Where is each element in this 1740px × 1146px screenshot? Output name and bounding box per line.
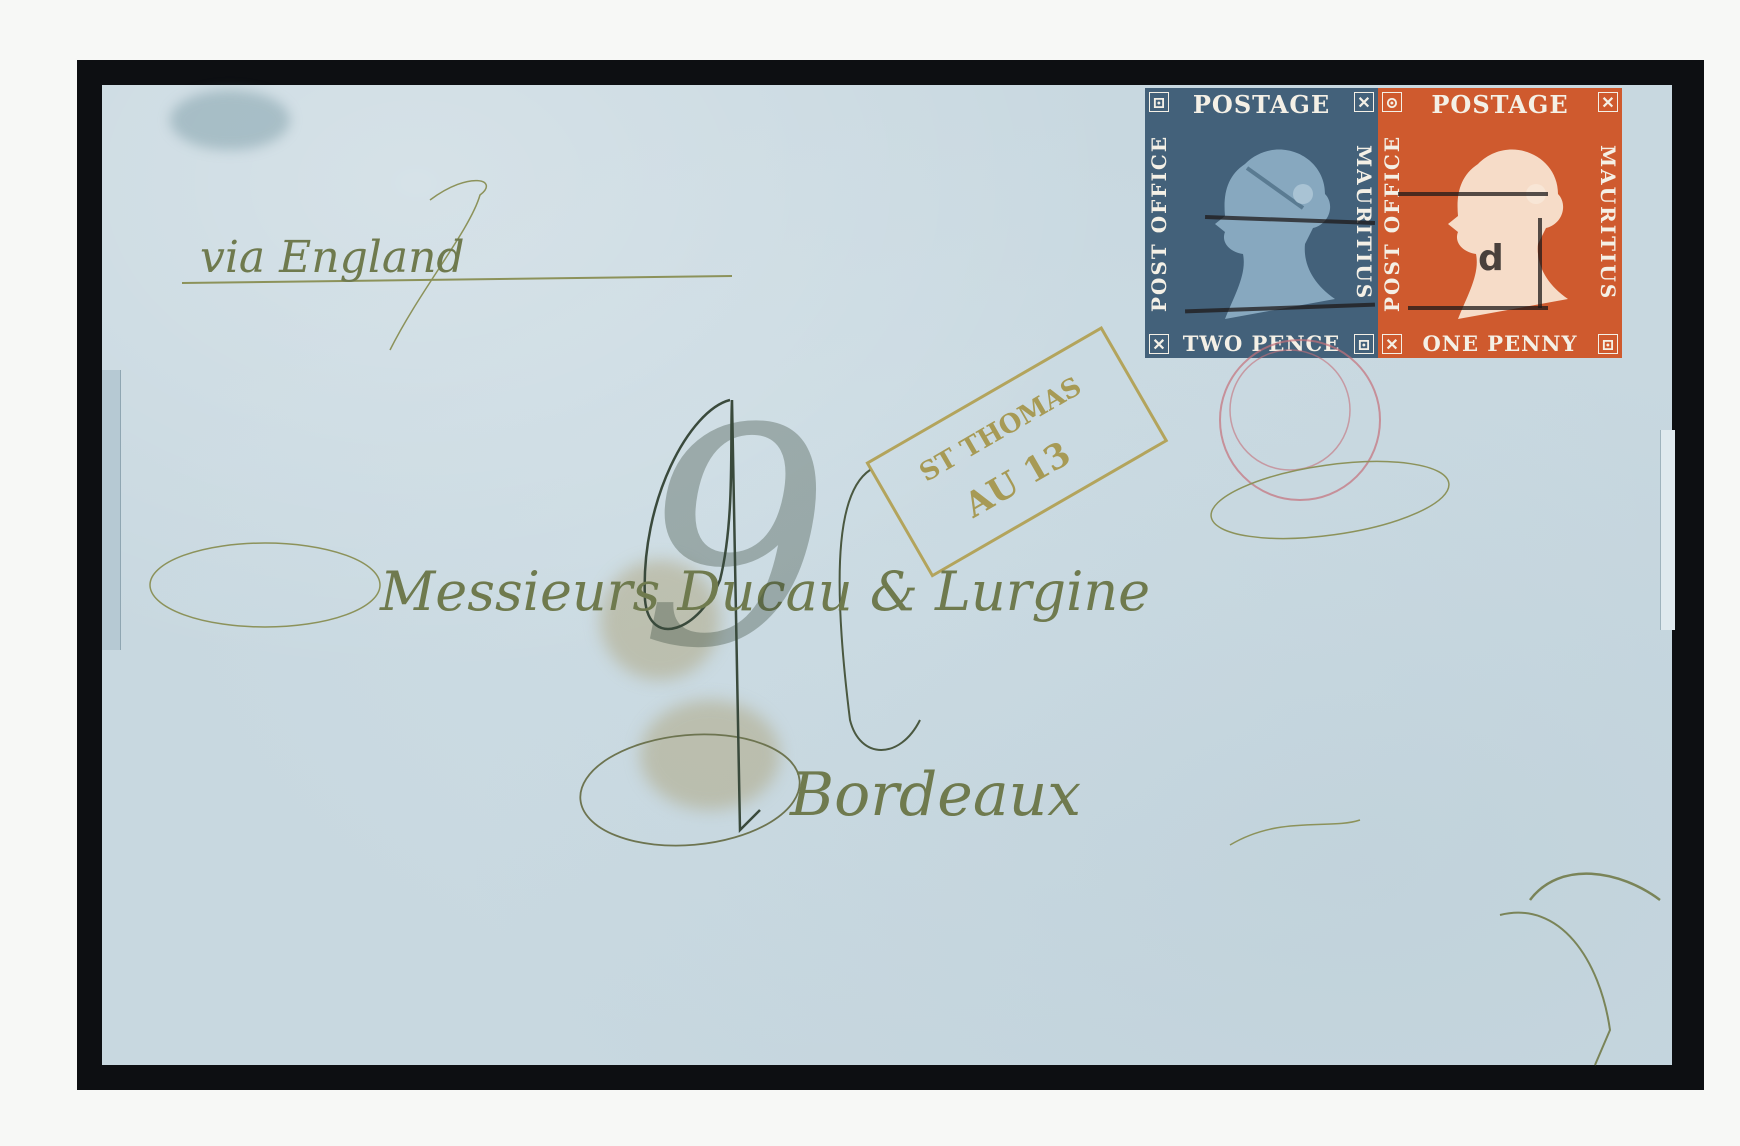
circular-postmark xyxy=(1220,340,1380,500)
rate-marking: 9 xyxy=(640,390,831,690)
destination-city: Bordeaux xyxy=(790,760,1081,830)
boxed-postmark xyxy=(867,328,1166,576)
routing-instruction: via England xyxy=(200,232,465,283)
